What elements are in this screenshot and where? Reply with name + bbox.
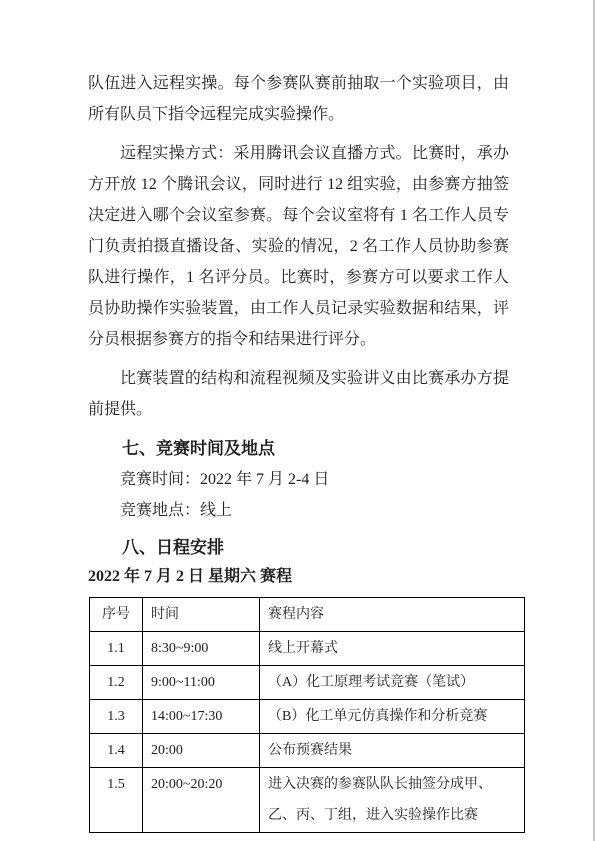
section-8-heading: 八、日程安排 <box>88 532 509 563</box>
paragraph: 队伍进入远程实操。每个参赛队赛前抽取一个实验项目，由所有队员下指令远程完成实验操… <box>88 68 509 130</box>
schedule-cell-time: 20:00 <box>143 734 260 768</box>
schedule-cell-content: （A）化工原理考试竞赛（笔试） <box>260 666 525 700</box>
document-page: 队伍进入远程实操。每个参赛队赛前抽取一个实验项目，由所有队员下指令远程完成实验操… <box>0 0 597 841</box>
schedule-cell-time: 20:00~20:20 <box>143 768 260 833</box>
schedule-cell-content: 线上开幕式 <box>260 632 525 666</box>
schedule-header-cell: 序号 <box>90 598 143 632</box>
paragraph: 比赛装置的结构和流程视频及实验讲义由比赛承办方提前提供。 <box>88 363 509 425</box>
schedule-table-body: 1.18:30~9:00线上开幕式1.29:00~11:00（A）化工原理考试竞… <box>90 632 525 833</box>
schedule-cell-index: 1.5 <box>90 768 143 833</box>
schedule-table: 序号时间赛程内容 1.18:30~9:00线上开幕式1.29:00~11:00（… <box>89 597 525 833</box>
schedule-header-cell: 时间 <box>143 598 260 632</box>
schedule-row: 1.420:00公布预赛结果 <box>90 734 525 768</box>
competition-time-line: 竞赛时间：2022 年 7 月 2-4 日 <box>88 464 509 495</box>
body-paragraphs: 队伍进入远程实操。每个参赛队赛前抽取一个实验项目，由所有队员下指令远程完成实验操… <box>88 68 509 425</box>
schedule-row: 1.314:00~17:30（B）化工单元仿真操作和分析竞赛 <box>90 700 525 734</box>
section-7-heading: 七、竞赛时间及地点 <box>88 433 509 464</box>
page-edge-line <box>593 0 595 841</box>
schedule-cell-content: 进入决赛的参赛队队长抽签分成甲、乙、丙、丁组，进入实验操作比赛 <box>260 768 525 833</box>
schedule-cell-time: 9:00~11:00 <box>143 666 260 700</box>
schedule-date-heading: 2022 年 7 月 2 日 星期六 赛程 <box>88 563 509 591</box>
schedule-row: 1.520:00~20:20进入决赛的参赛队队长抽签分成甲、乙、丙、丁组，进入实… <box>90 768 525 833</box>
schedule-cell-time: 8:30~9:00 <box>143 632 260 666</box>
schedule-cell-content: （B）化工单元仿真操作和分析竞赛 <box>260 700 525 734</box>
schedule-cell-index: 1.3 <box>90 700 143 734</box>
competition-place-line: 竞赛地点：线上 <box>88 495 509 526</box>
schedule-row: 1.29:00~11:00（A）化工原理考试竞赛（笔试） <box>90 666 525 700</box>
schedule-row: 1.18:30~9:00线上开幕式 <box>90 632 525 666</box>
schedule-header-cell: 赛程内容 <box>260 598 525 632</box>
schedule-cell-index: 1.1 <box>90 632 143 666</box>
schedule-cell-content: 公布预赛结果 <box>260 734 525 768</box>
schedule-table-header-row: 序号时间赛程内容 <box>90 598 525 632</box>
paragraph: 远程实操方式：采用腾讯会议直播方式。比赛时，承办方开放 12 个腾讯会议，同时进… <box>88 138 509 355</box>
schedule-cell-time: 14:00~17:30 <box>143 700 260 734</box>
schedule-cell-index: 1.2 <box>90 666 143 700</box>
schedule-cell-index: 1.4 <box>90 734 143 768</box>
